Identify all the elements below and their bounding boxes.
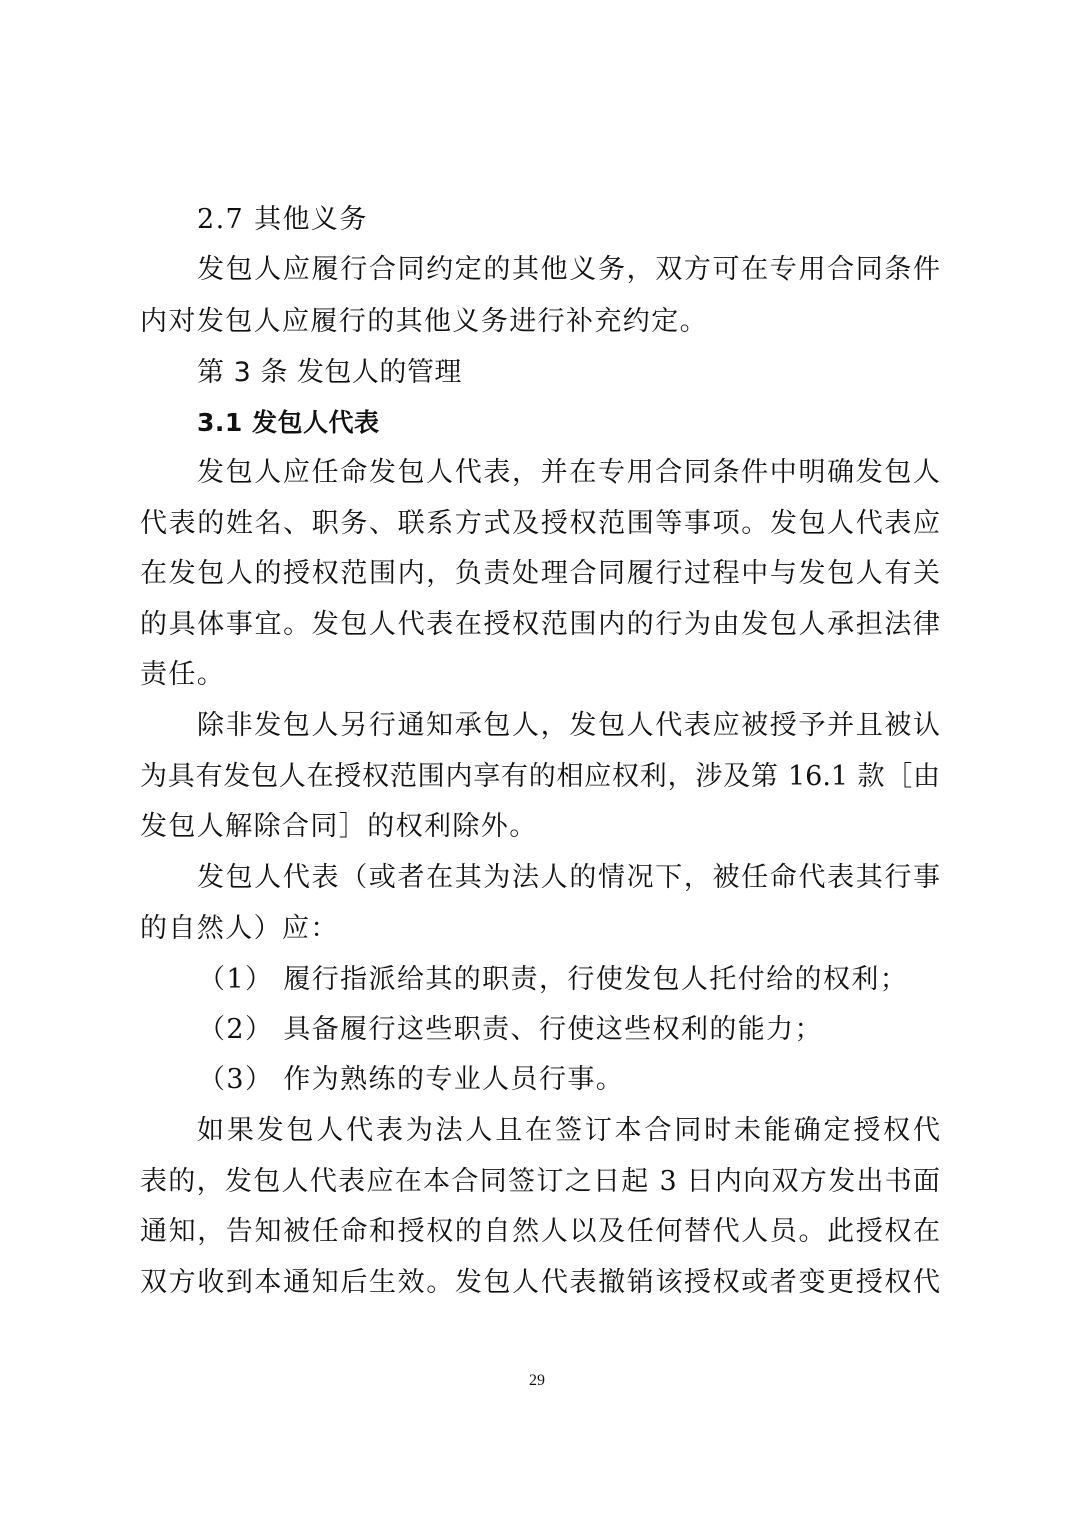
paragraph-line: 代表的姓名、职务、联系方式及授权范围等事项。发包人代表应 xyxy=(140,499,940,549)
paragraph-line: 发包人解除合同］的权利除外。 xyxy=(140,802,940,852)
paragraph-line: 表的，发包人代表应在本合同签订之日起 3 日内向双方发出书面 xyxy=(140,1157,940,1207)
paragraph-line: 发包人应任命发包人代表，并在专用合同条件中明确发包人 xyxy=(140,448,940,498)
paragraph-line: 如果发包人代表为法人且在签订本合同时未能确定授权代 xyxy=(140,1106,940,1156)
list-item-2: （2） 具备履行这些职责、行使这些权利的能力； xyxy=(198,1005,940,1055)
paragraph-line: 的具体事宜。发包人代表在授权范围内的行为由发包人承担法律 xyxy=(140,600,940,650)
document-page: 2.7 其他义务 发包人应履行合同约定的其他义务，双方可在专用合同条件 内对发包… xyxy=(0,0,1074,1520)
paragraph-line: 内对发包人应履行的其他义务进行补充约定。 xyxy=(140,297,940,347)
paragraph-line: 通知，告知被任命和授权的自然人以及任何替代人员。此授权在 xyxy=(140,1207,940,1257)
paragraph-line: 的自然人）应： xyxy=(140,904,940,954)
page-number: 29 xyxy=(0,1372,1074,1390)
article-heading-3: 第 3 条 发包人的管理 xyxy=(140,348,940,398)
paragraph-line: 双方收到本通知后生效。发包人代表撤销该授权或者变更授权代 xyxy=(140,1258,940,1308)
subheading-3-1: 3.1 发包人代表 xyxy=(140,398,940,448)
paragraph-line: 责任。 xyxy=(140,650,940,700)
paragraph-line: 为具有发包人在授权范围内享有的相应权利，涉及第 16.1 款［由 xyxy=(140,752,940,802)
list-item-3: （3） 作为熟练的专业人员行事。 xyxy=(198,1055,940,1105)
list-item-1: （1） 履行指派给其的职责，行使发包人托付给的权利； xyxy=(198,955,940,1005)
paragraph-line: 在发包人的授权范围内，负责处理合同履行过程中与发包人有关 xyxy=(140,549,940,599)
paragraph-line: 发包人应履行合同约定的其他义务，双方可在专用合同条件 xyxy=(140,245,940,295)
paragraph-line: 除非发包人另行通知承包人，发包人代表应被授予并且被认 xyxy=(140,701,940,751)
subheading-2-7: 2.7 其他义务 xyxy=(140,195,940,245)
paragraph-line: 发包人代表（或者在其为法人的情况下，被任命代表其行事 xyxy=(140,853,940,903)
